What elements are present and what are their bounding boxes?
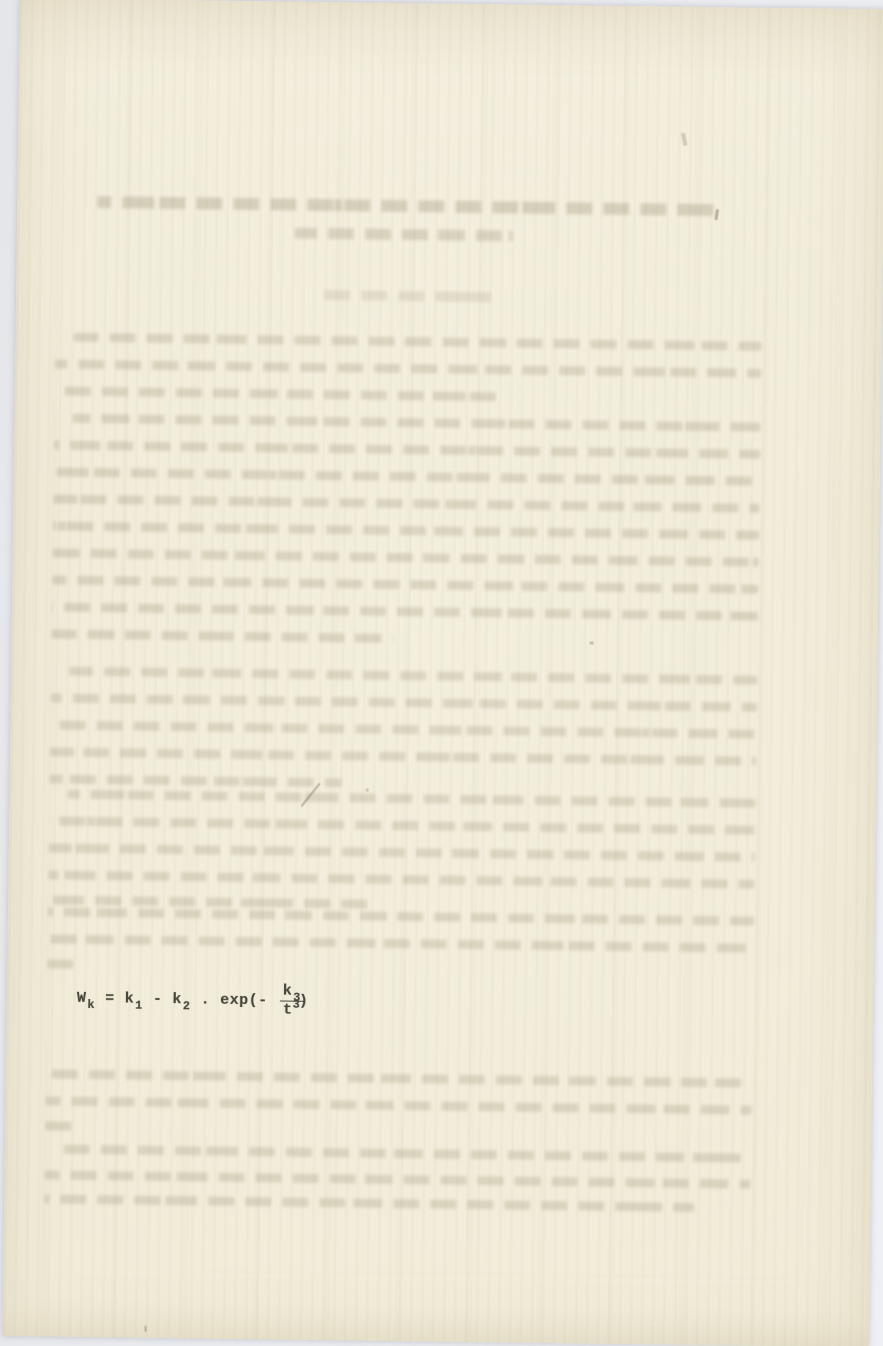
artifact-layer: [2, 0, 883, 1346]
ink-dash-bottom: [145, 1326, 147, 1332]
ink-dot-small: [366, 789, 369, 792]
equation: Wk = k1 - k2 . exp(- k3 t3 ): [77, 981, 319, 1019]
scratch-diagonal: [300, 783, 320, 808]
ink-speck-upper-right: [681, 132, 687, 146]
equation-lhs: Wk: [77, 990, 95, 1007]
equation-term1: k1: [125, 990, 143, 1007]
scan-background: Wk = k1 - k2 . exp(- k3 t3 ): [0, 0, 883, 1346]
ink-speck-right-margin: [714, 209, 719, 220]
exp-function: exp(-: [220, 991, 268, 1009]
multiplication-dot: .: [200, 991, 210, 1008]
minus-sign: -: [153, 991, 163, 1008]
paper-sheet: Wk = k1 - k2 . exp(- k3 t3 ): [2, 0, 883, 1346]
equals-sign: =: [105, 990, 115, 1007]
equation-term2: k2: [172, 991, 190, 1008]
ink-dot-mid: [590, 642, 594, 645]
